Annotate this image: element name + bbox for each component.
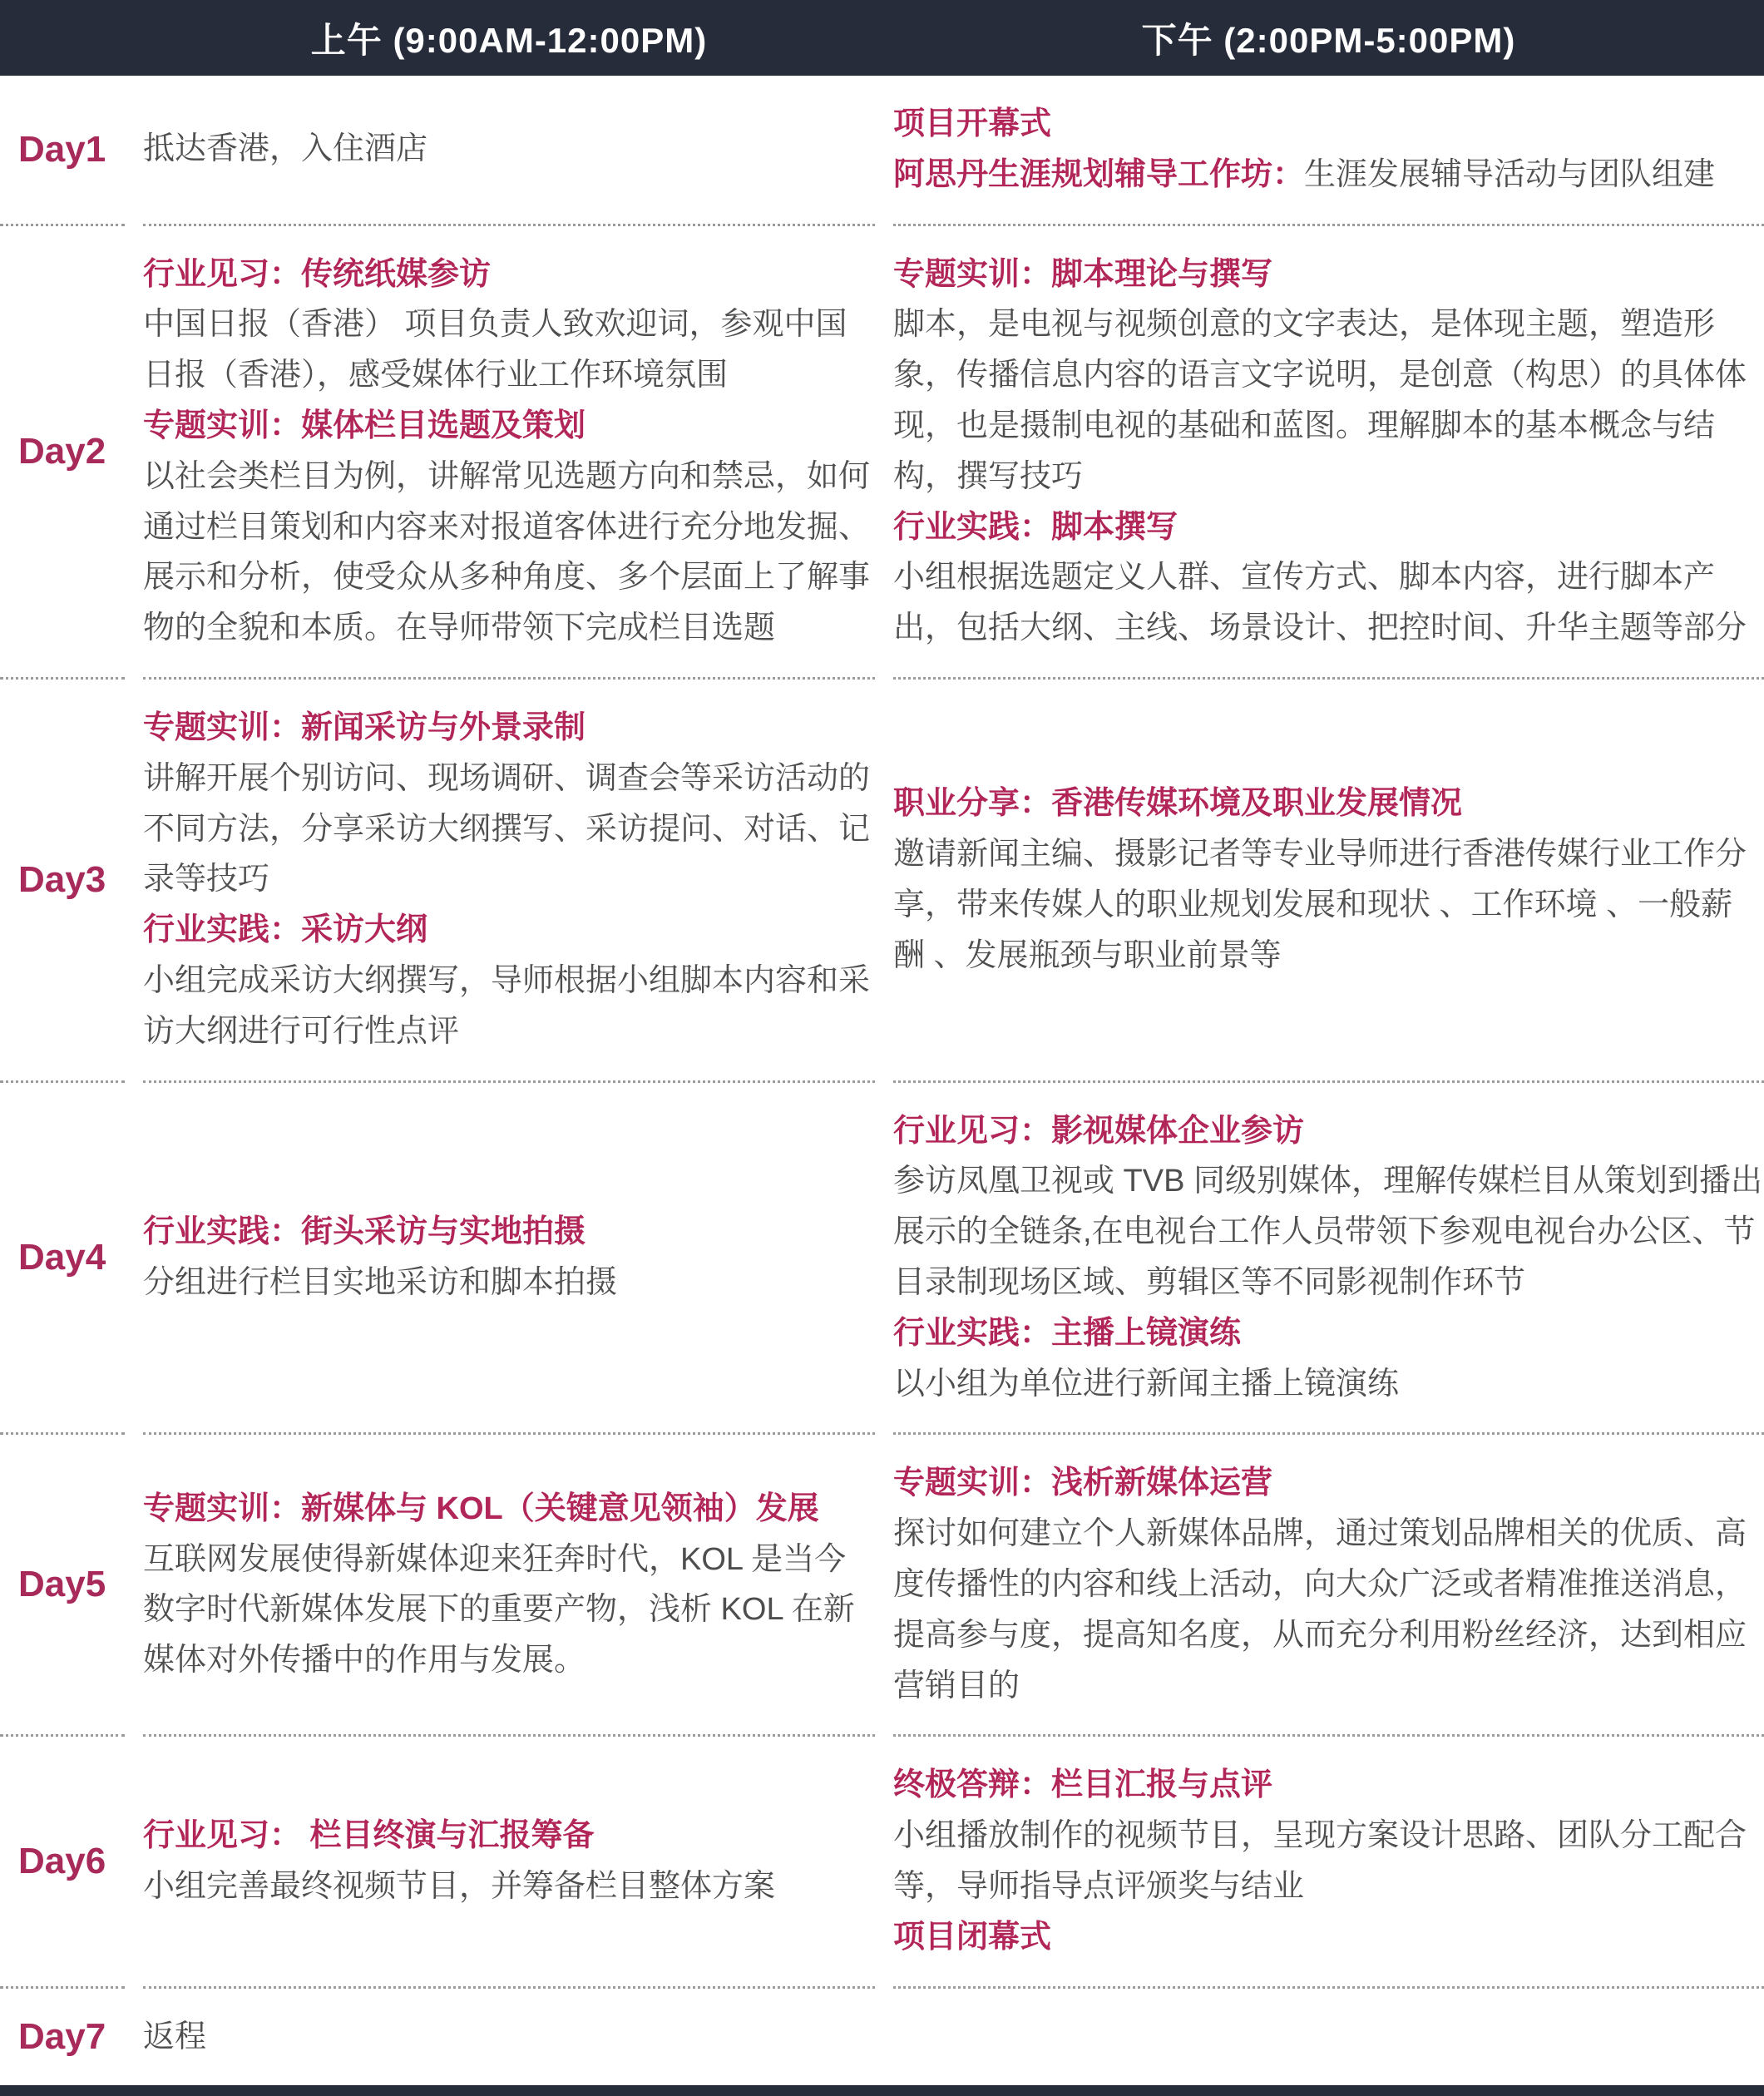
session-description: 返程	[143, 2019, 206, 2054]
session-block: 项目开幕式	[893, 99, 1764, 150]
session-description: 邀请新闻主编、摄影记者等专业导师进行香港传媒行业工作分享，带来传媒人的职业规划发…	[893, 837, 1747, 973]
session-block: 以社会类栏目为例，讲解常见选题方向和禁忌，如何通过栏目策划和内容来对报道客体进行…	[143, 452, 875, 654]
footer-bar	[0, 2085, 1764, 2096]
day-label: Day3	[0, 680, 125, 1083]
session-title: 项目闭幕式	[893, 1920, 1051, 1955]
day-label: Day5	[0, 1435, 125, 1737]
session-block: 探讨如何建立个人新媒体品牌，通过策划品牌相关的优质、高度传播性的内容和线上活动，…	[893, 1509, 1764, 1711]
afternoon-cell: 终极答辩：栏目汇报与点评小组播放制作的视频节目，呈现方案设计思路、团队分工配合等…	[893, 1737, 1764, 1988]
afternoon-cell: 职业分享：香港传媒环境及职业发展情况邀请新闻主编、摄影记者等专业导师进行香港传媒…	[893, 680, 1764, 1083]
session-block: 讲解开展个别访问、现场调研、调查会等采访活动的不同方法，分享采访大纲撰写、采访提…	[143, 754, 875, 905]
afternoon-cell: 行业见习：影视媒体企业参访参访凤凰卫视或 TVB 同级别媒体，理解传媒栏目从策划…	[893, 1083, 1764, 1436]
session-block: 职业分享：香港传媒环境及职业发展情况	[893, 779, 1764, 829]
morning-cell: 专题实训：新闻采访与外景录制讲解开展个别访问、现场调研、调查会等采访活动的不同方…	[143, 680, 875, 1083]
session-title: 行业实践：采访大纲	[143, 912, 427, 947]
schedule-table: Day1抵达香港，入住酒店项目开幕式阿思丹生涯规划辅导工作坊：生涯发展辅导活动与…	[0, 76, 1764, 2085]
session-description: 小组完成采访大纲撰写，导师根据小组脚本内容和采访大纲进行可行性点评	[143, 963, 870, 1049]
morning-cell: 行业见习：传统纸媒参访中国日报（香港） 项目负责人致欢迎词，参观中国日报（香港）…	[143, 226, 875, 680]
session-description: 脚本，是电视与视频创意的文字表达，是体现主题，塑造形象，传播信息内容的语言文字说…	[893, 307, 1747, 493]
session-title: 终极答辩：栏目汇报与点评	[893, 1767, 1272, 1802]
session-block: 行业实践：采访大纲	[143, 905, 875, 956]
session-title: 阿思丹生涯规划辅导工作坊：	[893, 157, 1304, 192]
session-description: 以社会类栏目为例，讲解常见选题方向和禁忌，如何通过栏目策划和内容来对报道客体进行…	[143, 459, 870, 645]
session-title: 行业见习：影视媒体企业参访	[893, 1114, 1304, 1149]
day-label: Day6	[0, 1737, 125, 1988]
session-block: 互联网发展使得新媒体迎来狂奔时代，KOL 是当今数字时代新媒体发展下的重要产物，…	[143, 1535, 875, 1686]
session-description: 生涯发展辅导活动与团队组建	[1304, 157, 1715, 192]
morning-cell: 返程	[143, 1989, 875, 2086]
session-block: 参访凤凰卫视或 TVB 同级别媒体，理解传媒栏目从策划到播出展示的全链条,在电视…	[893, 1156, 1764, 1308]
session-description: 讲解开展个别访问、现场调研、调查会等采访活动的不同方法，分享采访大纲撰写、采访提…	[143, 761, 870, 897]
session-block: 终极答辩：栏目汇报与点评	[893, 1760, 1764, 1811]
table-row: Day4行业实践：街头采访与实地拍摄分组进行栏目实地采访和脚本拍摄行业见习：影视…	[0, 1083, 1764, 1436]
session-title: 专题实训：媒体栏目选题及策划	[143, 408, 586, 443]
session-block: 专题实训：新媒体与 KOL（关键意见领袖）发展	[143, 1484, 875, 1535]
day-label: Day4	[0, 1083, 125, 1436]
session-title: 行业实践：主播上镜演练	[893, 1316, 1241, 1351]
morning-cell: 抵达香港，入住酒店	[143, 76, 875, 226]
session-block: 行业见习： 栏目终演与汇报筹备	[143, 1811, 875, 1861]
morning-cell: 专题实训：新媒体与 KOL（关键意见领袖）发展互联网发展使得新媒体迎来狂奔时代，…	[143, 1435, 875, 1737]
session-description: 小组播放制作的视频节目，呈现方案设计思路、团队分工配合等，导师指导点评颁奖与结业	[893, 1818, 1747, 1904]
session-block: 小组播放制作的视频节目，呈现方案设计思路、团队分工配合等，导师指导点评颁奖与结业	[893, 1811, 1764, 1912]
session-block: 邀请新闻主编、摄影记者等专业导师进行香港传媒行业工作分享，带来传媒人的职业规划发…	[893, 829, 1764, 981]
morning-cell: 行业见习： 栏目终演与汇报筹备小组完善最终视频节目，并筹备栏目整体方案	[143, 1737, 875, 1988]
session-block: 专题实训：媒体栏目选题及策划	[143, 401, 875, 452]
session-title: 项目开幕式	[893, 106, 1051, 141]
session-block: 项目闭幕式	[893, 1912, 1764, 1963]
session-description: 小组完善最终视频节目，并筹备栏目整体方案	[143, 1869, 775, 1904]
session-title: 行业见习： 栏目终演与汇报筹备	[143, 1818, 595, 1853]
session-block: 中国日报（香港） 项目负责人致欢迎词，参观中国日报（香港），感受媒体行业工作环境…	[143, 299, 875, 401]
session-block: 行业实践：街头采访与实地拍摄	[143, 1207, 875, 1258]
session-description: 小组根据选题定义人群、宣传方式、脚本内容，进行脚本产出，包括大纲、主线、场景设计…	[893, 560, 1747, 645]
session-title: 行业实践：脚本撰写	[893, 510, 1178, 545]
session-description: 互联网发展使得新媒体迎来狂奔时代，KOL 是当今数字时代新媒体发展下的重要产物，…	[143, 1542, 855, 1678]
session-block: 小组完善最终视频节目，并筹备栏目整体方案	[143, 1861, 875, 1912]
session-block: 小组根据选题定义人群、宣传方式、脚本内容，进行脚本产出，包括大纲、主线、场景设计…	[893, 552, 1764, 654]
afternoon-cell: 专题实训：浅析新媒体运营探讨如何建立个人新媒体品牌，通过策划品牌相关的优质、高度…	[893, 1435, 1764, 1737]
table-row: Day1抵达香港，入住酒店项目开幕式阿思丹生涯规划辅导工作坊：生涯发展辅导活动与…	[0, 76, 1764, 226]
table-row: Day5专题实训：新媒体与 KOL（关键意见领袖）发展互联网发展使得新媒体迎来狂…	[0, 1435, 1764, 1737]
session-description: 以小组为单位进行新闻主播上镜演练	[893, 1367, 1399, 1401]
afternoon-cell: 项目开幕式阿思丹生涯规划辅导工作坊：生涯发展辅导活动与团队组建	[893, 76, 1764, 226]
afternoon-cell	[893, 1989, 1764, 2086]
header-afternoon-label: 下午 (2:00PM-5:00PM)	[893, 13, 1764, 63]
session-block: 专题实训：新闻采访与外景录制	[143, 703, 875, 754]
header-morning-label: 上午 (9:00AM-12:00PM)	[143, 13, 875, 63]
session-block: 专题实训：脚本理论与撰写	[893, 250, 1764, 300]
session-block: 脚本，是电视与视频创意的文字表达，是体现主题，塑造形象，传播信息内容的语言文字说…	[893, 299, 1764, 502]
session-block: 分组进行栏目实地采访和脚本拍摄	[143, 1258, 875, 1308]
table-row: Day3专题实训：新闻采访与外景录制讲解开展个别访问、现场调研、调查会等采访活动…	[0, 680, 1764, 1083]
session-block: 行业实践：脚本撰写	[893, 502, 1764, 553]
session-block: 小组完成采访大纲撰写，导师根据小组脚本内容和采访大纲进行可行性点评	[143, 956, 875, 1057]
session-block: 抵达香港，入住酒店	[143, 124, 875, 175]
day-label: Day2	[0, 226, 125, 680]
session-title: 职业分享：香港传媒环境及职业发展情况	[893, 786, 1462, 821]
day-label: Day7	[0, 1989, 125, 2086]
session-block: 专题实训：浅析新媒体运营	[893, 1458, 1764, 1509]
session-description: 分组进行栏目实地采访和脚本拍摄	[143, 1265, 617, 1300]
session-block: 阿思丹生涯规划辅导工作坊：生涯发展辅导活动与团队组建	[893, 150, 1764, 200]
day-label: Day1	[0, 76, 125, 226]
session-description: 中国日报（香港） 项目负责人致欢迎词，参观中国日报（香港），感受媒体行业工作环境…	[143, 307, 847, 393]
session-title: 专题实训：浅析新媒体运营	[893, 1466, 1272, 1500]
session-description: 参访凤凰卫视或 TVB 同级别媒体，理解传媒栏目从策划到播出展示的全链条,在电视…	[893, 1164, 1762, 1300]
afternoon-cell: 专题实训：脚本理论与撰写脚本，是电视与视频创意的文字表达，是体现主题，塑造形象，…	[893, 226, 1764, 680]
morning-cell: 行业实践：街头采访与实地拍摄分组进行栏目实地采访和脚本拍摄	[143, 1083, 875, 1436]
session-block: 行业见习：传统纸媒参访	[143, 250, 875, 300]
session-title: 专题实训：脚本理论与撰写	[893, 257, 1272, 292]
session-block: 行业见习：影视媒体企业参访	[893, 1106, 1764, 1157]
table-row: Day2行业见习：传统纸媒参访中国日报（香港） 项目负责人致欢迎词，参观中国日报…	[0, 226, 1764, 680]
session-description: 探讨如何建立个人新媒体品牌，通过策划品牌相关的优质、高度传播性的内容和线上活动，…	[893, 1516, 1747, 1703]
table-row: Day6行业见习： 栏目终演与汇报筹备小组完善最终视频节目，并筹备栏目整体方案终…	[0, 1737, 1764, 1988]
session-block: 行业实践：主播上镜演练	[893, 1308, 1764, 1359]
table-header: 上午 (9:00AM-12:00PM) 下午 (2:00PM-5:00PM)	[0, 0, 1764, 76]
table-row: Day7返程	[0, 1989, 1764, 2086]
session-title: 行业实践：街头采访与实地拍摄	[143, 1214, 586, 1249]
session-title: 专题实训：新媒体与 KOL（关键意见领袖）发展	[143, 1491, 819, 1526]
session-block: 返程	[143, 2012, 875, 2063]
session-block: 以小组为单位进行新闻主播上镜演练	[893, 1359, 1764, 1410]
session-title: 专题实训：新闻采访与外景录制	[143, 710, 586, 745]
session-description: 抵达香港，入住酒店	[143, 131, 427, 166]
session-title: 行业见习：传统纸媒参访	[143, 257, 491, 292]
